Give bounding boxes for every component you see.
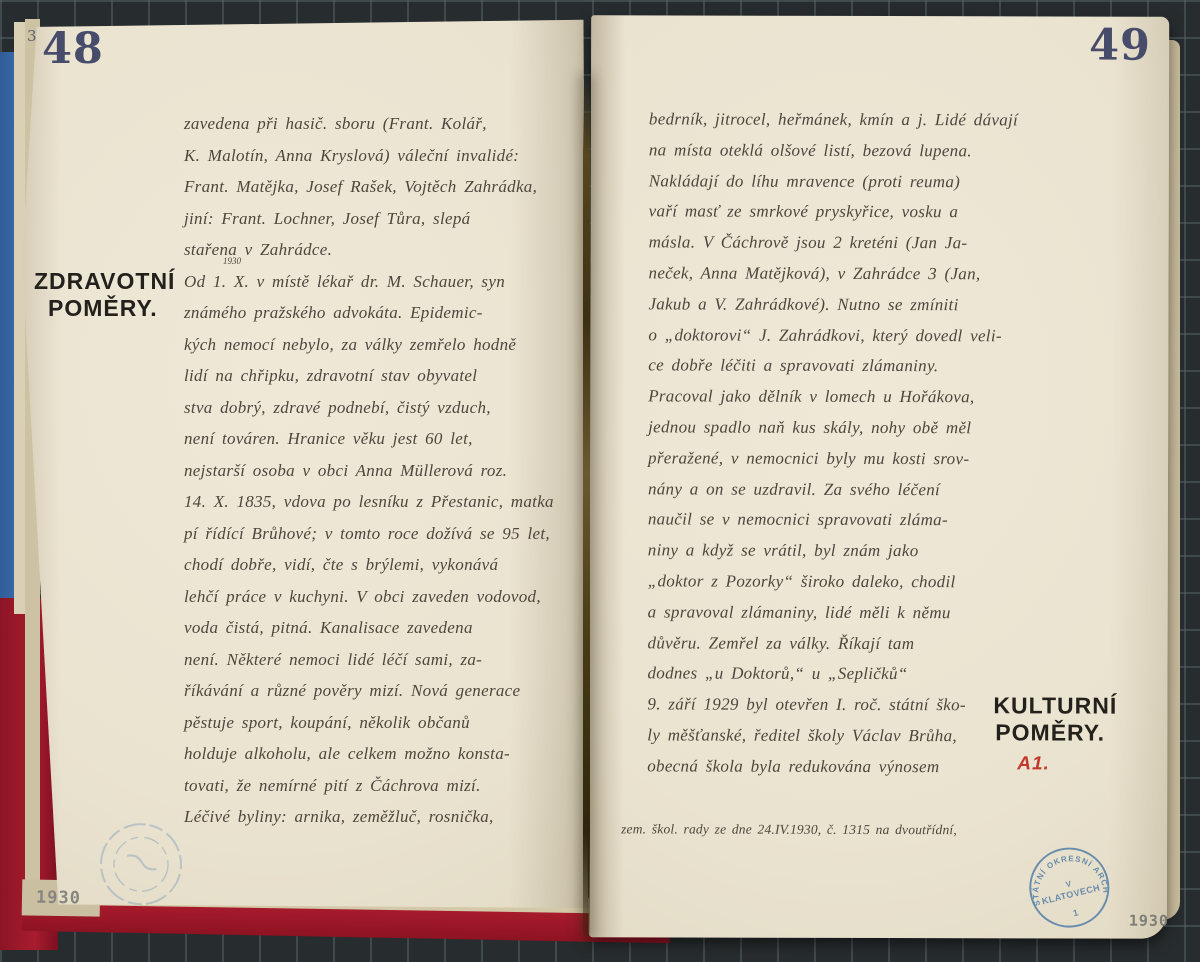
handwritten-line: kých nemocí nebylo, za války zemřelo hod… [184,329,586,361]
handwritten-line: o „doktorovi“ J. Zahrádkovi, který doved… [648,320,1090,352]
handwritten-line: chodí dobře, vidí, čte s brýlemi, vykoná… [184,549,586,581]
handwritten-line: známého pražského advokáta. Epidemic- [184,297,586,329]
page-number-right: 49 [1089,21,1151,71]
handwritten-line: pí řídící Brůhové; v tomto roce dožívá s… [184,518,586,550]
handwritten-line: neček, Anna Matějková), v Zahrádce 3 (Ja… [648,258,1090,290]
margin-heading-zdravotni-pomery: ZDRAVOTNÍ POMĚRY. [34,268,175,322]
right-page-49: 49 bedrník, jitrocel, heřmánek, kmín a j… [589,15,1169,939]
handwritten-line: K. Malotín, Anna Kryslová) váleční inval… [184,140,586,172]
svg-text:STÁTNÍ OKRESNÍ ARCHIV: STÁTNÍ OKRESNÍ ARCHIV [1017,836,1111,914]
handwritten-line: 14. X. 1835, vdova po lesníku z Přestani… [184,486,586,518]
handwritten-line: naučil se v nemocnici spravovati zláma- [648,505,1090,537]
handwritten-line: Jakub a V. Zahrádkové). Nutno se zmíniti [648,289,1090,321]
left-page-48: 48 ZDRAVOTNÍ POMĚRY. 1930 zavedena při h… [22,18,588,908]
handwritten-line: pěstuje sport, koupání, několik občanů [184,707,586,739]
margin-heading-kulturni-pomery: KULTURNÍ POMĚRY. [993,692,1117,746]
handwritten-line: dodnes „u Doktorů,“ u „Sepličků“ [647,659,1089,691]
handwritten-line: stařena v Zahrádce. [184,234,586,266]
handwritten-line: jiní: Frant. Lochner, Josef Tůra, slepá [184,203,586,235]
handwritten-line: a spravoval zlámaniny, lidé měli k němu [648,597,1090,629]
handwritten-line: másla. V Čáchrově jsou 2 kreténi (Jan Ja… [649,228,1091,260]
handwritten-line: nány a on se uzdravil. Za svého léčení [648,474,1090,506]
archive-round-stamp: STÁTNÍ OKRESNÍ ARCHIV V KLATOVECH 1 [1017,836,1122,945]
handwritten-line: Léčivé byliny: arnika, zeměžluč, rosničk… [184,801,586,833]
handwritten-text-block-right: bedrník, jitrocel, heřmánek, kmín a j. L… [647,104,1091,783]
handwritten-line: nejstarší osoba v obci Anna Müllerová ro… [184,455,586,487]
handwritten-line: holduje alkoholu, ale celkem možno konst… [184,738,586,770]
handwritten-line: není. Některé nemoci lidé léčí sami, za- [184,644,586,676]
year-stamp-left: 1930 [36,890,81,908]
handwritten-line: lehčí práce v kuchyni. V obci zaveden vo… [184,581,586,613]
handwritten-line: říkávání a různé pověry mizí. Nová gener… [184,675,586,707]
handwritten-line: Pracoval jako dělník v lomech u Hořákova… [648,382,1090,414]
handwritten-line: na místa oteklá olšové listí, bezová lup… [649,135,1091,167]
handwritten-line: důvěru. Zemřel za války. Říkají tam [648,628,1090,660]
edge-page-number: 3 [27,29,37,44]
footnote-line: zem. škol. rady ze dne 24.IV.1930, č. 13… [621,821,957,838]
handwritten-text-block-left: zavedena při hasič. sboru (Frant. Kolář,… [184,108,586,833]
handwritten-line: zavedena při hasič. sboru (Frant. Kolář, [184,108,586,140]
handwritten-line: voda čistá, pitná. Kanalisace zavedena [184,612,586,644]
handwritten-line: přeražené, v nemocnici byly mu kosti sro… [648,443,1090,475]
handwritten-line: ce dobře léčiti a spravovati zlámaniny. [648,351,1090,383]
handwritten-line: tovati, že nemírné pití z Čáchrova mizí. [184,770,586,802]
handwritten-line: není továren. Hranice věku jest 60 let, [184,423,586,455]
handwritten-line: jednou spadlo naň kus skály, nohy obě mě… [648,412,1090,444]
handwritten-line: Frant. Matějka, Josef Rašek, Vojtěch Zah… [184,171,586,203]
margin-heading-line: POMĚRY. [995,719,1117,746]
grid-cutting-mat: 3 48 ZDRAVOTNÍ POMĚRY. 1930 zavedena při… [0,0,1200,962]
handwritten-line: lidí na chřipku, zdravotní stav obyvatel [184,360,586,392]
handwritten-line: bedrník, jitrocel, heřmánek, kmín a j. L… [649,104,1091,136]
stamp-center-line1: V [1065,879,1073,889]
stamp-arc-text: STÁTNÍ OKRESNÍ ARCHIV [1017,836,1111,914]
red-annotation-a1: A1. [1017,754,1050,773]
handwritten-line: vaří masť ze smrkové pryskyřice, vosku a [649,197,1091,229]
handwritten-line: stva dobrý, zdravé podnebí, čistý vzduch… [184,392,586,424]
margin-heading-line: ZDRAVOTNÍ [34,268,175,295]
margin-heading-line: POMĚRY. [48,295,175,322]
handwritten-line: niny a když se vrátil, byl znám jako [648,536,1090,568]
handwritten-line: Nakládají do líhu mravence (proti reuma) [649,166,1091,198]
stamp-number: 1 [1072,907,1079,918]
book-gutter-crack [583,78,590,936]
handwritten-line: „doktor z Pozorky“ široko daleko, chodil [648,566,1090,598]
year-stamp-right: 1930 [1129,914,1169,929]
handwritten-line: Od 1. X. v místě lékař dr. M. Schauer, s… [184,266,586,298]
page-number-left: 48 [42,24,104,74]
margin-heading-line: KULTURNÍ [993,692,1117,719]
